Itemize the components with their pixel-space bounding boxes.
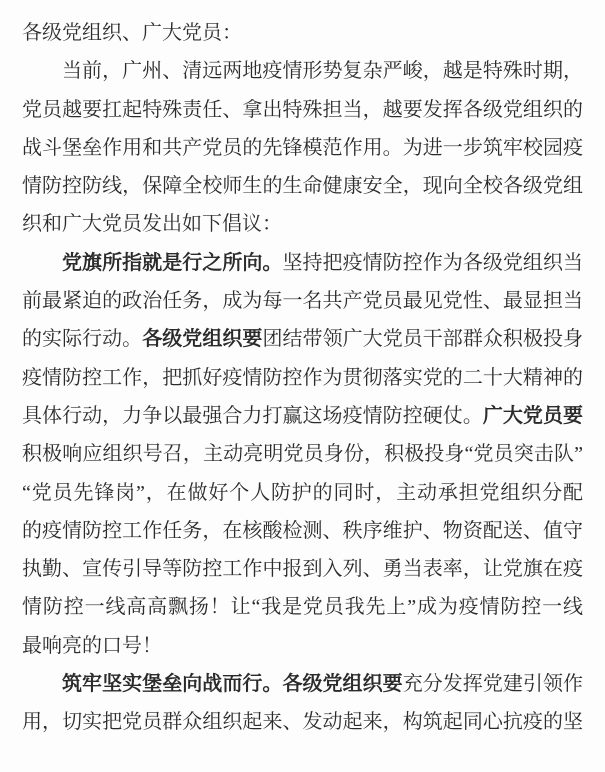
text-line: 情防控一线高高飘扬！让“我是党员我先上”成为疫情防控一线 bbox=[22, 588, 583, 626]
body-text: 团结带领广大党员干部群众积极投身 bbox=[262, 328, 583, 350]
body-text: 坚持把疫情防控作为各级党组织当 bbox=[282, 252, 583, 274]
body-text: 具体行动，力争以最强合力打赢这场疫情防控硬仗。 bbox=[22, 405, 483, 427]
body-text: 疫情防控工作，把抓好疫情防控作为贯彻落实党的二十大精神的 bbox=[22, 367, 583, 389]
text-line: 各级党组织、广大党员： bbox=[22, 14, 583, 52]
text-line: 的疫情防控工作任务，在核酸检测、秩序维护、物资配送、值守 bbox=[22, 512, 583, 550]
text-line: 最响亮的口号！ bbox=[22, 627, 583, 665]
body-text: 积极响应组织号召，主动亮明党员身份，积极投身“党员突击队” bbox=[22, 443, 583, 465]
text-line: 当前，广州、清远两地疫情形势复杂严峻，越是特殊时期， bbox=[22, 52, 583, 90]
text-line: 党旗所指就是行之所向。坚持把疫情防控作为各级党组织当 bbox=[22, 244, 583, 282]
body-text: 当前，广州、清远两地疫情形势复杂严峻，越是特殊时期， bbox=[62, 60, 583, 82]
body-text: 织和广大党员发出如下倡议： bbox=[22, 213, 282, 235]
text-line: 疫情防控工作，把抓好疫情防控作为贯彻落实党的二十大精神的 bbox=[22, 359, 583, 397]
body-text: 前最紧迫的政治任务，成为每一名共产党员最见党性、最显担当 bbox=[22, 290, 583, 312]
document-body: 各级党组织、广大党员：当前，广州、清远两地疫情形势复杂严峻，越是特殊时期，党员越… bbox=[22, 14, 583, 742]
body-text: “党员先锋岗”，在做好个人防护的同时，主动承担党组织分配 bbox=[22, 482, 583, 504]
body-text: 执勤、宣传引导等防控工作中报到入列、勇当表率，让党旗在疫 bbox=[22, 558, 583, 580]
body-text: 充分发挥党建引领作 bbox=[403, 673, 583, 695]
body-text: 的疫情防控工作任务，在核酸检测、秩序维护、物资配送、值守 bbox=[22, 520, 583, 542]
text-line: 的实际行动。各级党组织要团结带领广大党员干部群众积极投身 bbox=[22, 320, 583, 358]
text-line: 前最紧迫的政治任务，成为每一名共产党员最见党性、最显担当 bbox=[22, 282, 583, 320]
text-line: 党员越要扛起特殊责任、拿出特殊担当，越要发挥各级党组织的 bbox=[22, 91, 583, 129]
body-text: 党员越要扛起特殊责任、拿出特殊担当，越要发挥各级党组织的 bbox=[22, 99, 583, 121]
text-line: “党员先锋岗”，在做好个人防护的同时，主动承担党组织分配 bbox=[22, 474, 583, 512]
body-text: 战斗堡垒作用和共产党员的先锋模范作用。为进一步筑牢校园疫 bbox=[22, 137, 583, 159]
text-line: 战斗堡垒作用和共产党员的先锋模范作用。为进一步筑牢校园疫 bbox=[22, 129, 583, 167]
body-text: 情防控一线高高飘扬！让“我是党员我先上”成为疫情防控一线 bbox=[22, 596, 583, 618]
text-line: 用，切实把党员群众组织起来、发动起来，构筑起同心抗疫的坚 bbox=[22, 703, 583, 741]
body-text: 最响亮的口号！ bbox=[22, 635, 162, 657]
screenshot-root: { "page": { "background": "#fdfdfd", "te… bbox=[0, 0, 605, 772]
body-text: 各级党组织、广大党员： bbox=[22, 22, 242, 44]
text-line: 筑牢坚实堡垒向战而行。各级党组织要充分发挥党建引领作 bbox=[22, 665, 583, 703]
document-page: 各级党组织、广大党员：当前，广州、清远两地疫情形势复杂严峻，越是特殊时期，党员越… bbox=[0, 0, 605, 772]
text-line: 执勤、宣传引导等防控工作中报到入列、勇当表率，让党旗在疫 bbox=[22, 550, 583, 588]
emphasis-text: 各级党组织要 bbox=[142, 328, 262, 350]
text-line: 积极响应组织号召，主动亮明党员身份，积极投身“党员突击队” bbox=[22, 435, 583, 473]
text-line: 情防控防线，保障全校师生的生命健康安全，现向全校各级党组 bbox=[22, 167, 583, 205]
body-text: 的实际行动。 bbox=[22, 328, 142, 350]
text-line: 织和广大党员发出如下倡议： bbox=[22, 205, 583, 243]
emphasis-text: 党旗所指就是行之所向。 bbox=[62, 252, 282, 274]
body-text: 用，切实把党员群众组织起来、发动起来，构筑起同心抗疫的坚 bbox=[22, 711, 583, 733]
text-line: 具体行动，力争以最强合力打赢这场疫情防控硬仗。广大党员要 bbox=[22, 397, 583, 435]
body-text: 情防控防线，保障全校师生的生命健康安全，现向全校各级党组 bbox=[22, 175, 583, 197]
emphasis-text: 筑牢坚实堡垒向战而行。各级党组织要 bbox=[62, 673, 403, 695]
emphasis-text: 广大党员要 bbox=[483, 405, 583, 427]
